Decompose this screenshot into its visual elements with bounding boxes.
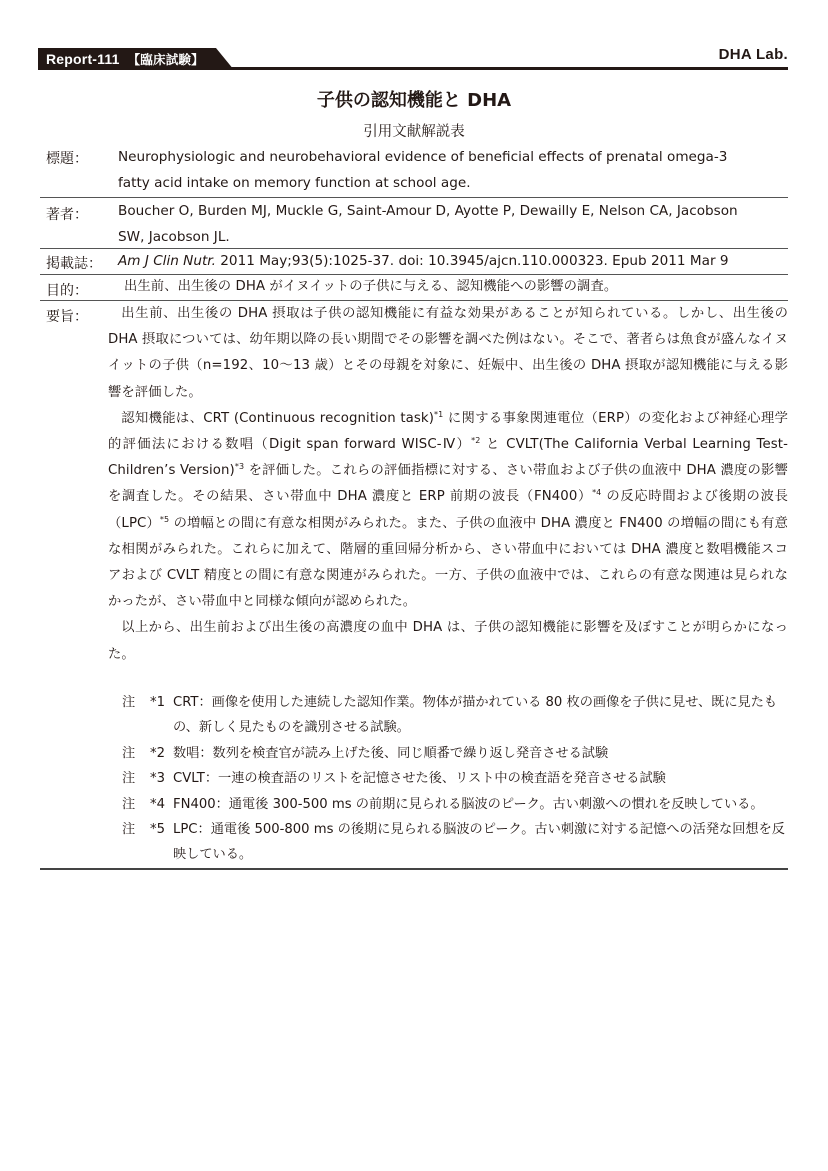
summary-text: 認知機能は、CRT (Continuous recognition task) <box>121 411 434 426</box>
article-title: Neurophysiologic and neurobehavioral evi… <box>118 144 786 196</box>
authors-line-2: SW, Jacobson JL. <box>118 224 786 250</box>
title-label: 標題： <box>46 148 88 168</box>
report-category: 【臨床試験】 <box>128 53 204 67</box>
footnote-ref-1: *1 <box>434 410 443 419</box>
note-mark: 注 <box>122 690 150 741</box>
note-text: CVLT：一連の検査語のリストを記憶させた後、リスト中の検査語を発音させる試験 <box>173 766 788 791</box>
summary-paragraph-1: 出生前、出生後の DHA 摂取は子供の認知機能に有益な効果があることが知られてい… <box>108 301 788 406</box>
article-title-line-1: Neurophysiologic and neurobehavioral evi… <box>118 144 786 170</box>
article-title-line-2: fatty acid intake on memory function at … <box>118 170 786 196</box>
footnote-ref-5: *5 <box>160 515 169 524</box>
brand-logo-text: DHA Lab. <box>719 46 788 63</box>
note-number: *4 <box>150 792 173 817</box>
purpose-label: 目的： <box>46 280 88 300</box>
authors-line-1: Boucher O, Burden MJ, Muckle G, Saint-Am… <box>118 198 786 224</box>
note-number: *2 <box>150 741 173 766</box>
summary-paragraph-2: 認知機能は、CRT (Continuous recognition task)*… <box>108 406 788 616</box>
footnotes: 注 *1 CRT：画像を使用した連続した認知作業。物体が描かれている 80 枚の… <box>122 690 788 868</box>
journal-label: 掲載誌： <box>46 253 102 273</box>
journal-citation: Am J Clin Nutr. 2011 May;93(5):1025-37. … <box>118 248 786 274</box>
note-mark: 注 <box>122 741 150 766</box>
journal-name: Am J Clin Nutr. <box>118 253 216 269</box>
authors-label: 著者： <box>46 204 88 224</box>
page-title: 子供の認知機能と DHA <box>0 86 828 112</box>
footnote-3: 注 *3 CVLT：一連の検査語のリストを記憶させた後、リスト中の検査語を発音さ… <box>122 766 788 791</box>
footnote-ref-3: *3 <box>235 462 244 471</box>
note-number: *1 <box>150 690 173 741</box>
report-id: Report-111 <box>46 51 120 67</box>
note-text: LPC：通電後 500-800 ms の後期に見られる脳波のピーク。古い刺激に対… <box>173 817 788 868</box>
note-number: *3 <box>150 766 173 791</box>
purpose-text: 出生前、出生後の DHA がイヌイットの子供に与える、認知機能への影響の調査。 <box>124 274 792 300</box>
footnote-ref-2: *2 <box>471 436 480 445</box>
report-id-label: Report-111【臨床試験】 <box>46 49 204 69</box>
journal-details: 2011 May;93(5):1025-37. doi: 10.3945/ajc… <box>216 253 729 269</box>
footnote-2: 注 *2 数唱：数列を検査官が読み上げた後、同じ順番で繰り返し発音させる試験 <box>122 741 788 766</box>
footnote-4: 注 *4 FN400：通電後 300-500 ms の前期に見られる脳波のピーク… <box>122 792 788 817</box>
note-text: CRT：画像を使用した連続した認知作業。物体が描かれている 80 枚の画像を子供… <box>173 690 788 741</box>
note-mark: 注 <box>122 766 150 791</box>
summary-label: 要旨： <box>46 306 88 326</box>
note-text: 数唱：数列を検査官が読み上げた後、同じ順番で繰り返し発音させる試験 <box>173 741 788 766</box>
summary-paragraph-3: 以上から、出生前および出生後の高濃度の血中 DHA は、子供の認知機能に影響を及… <box>108 615 788 667</box>
authors: Boucher O, Burden MJ, Muckle G, Saint-Am… <box>118 198 786 250</box>
note-text: FN400：通電後 300-500 ms の前期に見られる脳波のピーク。古い刺激… <box>173 792 788 817</box>
note-mark: 注 <box>122 817 150 868</box>
footnote-1: 注 *1 CRT：画像を使用した連続した認知作業。物体が描かれている 80 枚の… <box>122 690 788 741</box>
bottom-divider <box>40 868 788 870</box>
note-mark: 注 <box>122 792 150 817</box>
summary-body: 出生前、出生後の DHA 摂取は子供の認知機能に有益な効果があることが知られてい… <box>108 301 788 668</box>
page-subtitle: 引用文献解説表 <box>0 120 828 141</box>
footnote-ref-4: *4 <box>592 488 601 497</box>
footnote-5: 注 *5 LPC：通電後 500-800 ms の後期に見られる脳波のピーク。古… <box>122 817 788 868</box>
note-number: *5 <box>150 817 173 868</box>
summary-text: の増幅との間に有意な相関がみられた。また、子供の血液中 DHA 濃度と FN40… <box>108 516 788 610</box>
